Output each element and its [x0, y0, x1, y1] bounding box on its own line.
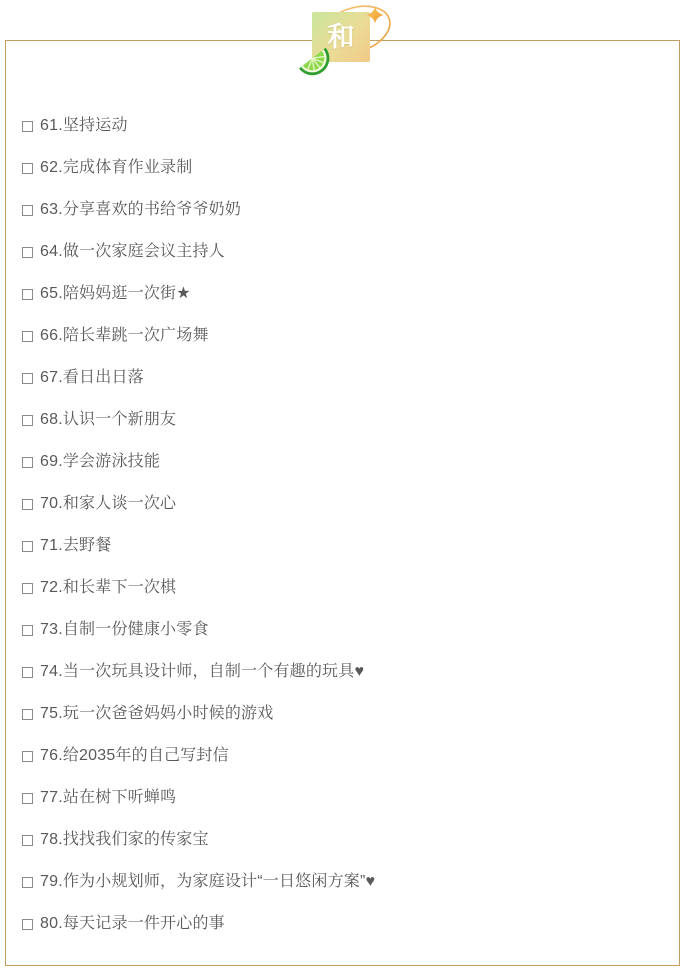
- checklist-item: 71.去野餐: [0, 525, 685, 567]
- checklist-item-label: 64.做一次家庭会议主持人: [40, 244, 225, 260]
- checkbox-icon[interactable]: [22, 499, 33, 510]
- checkbox-icon[interactable]: [22, 457, 33, 468]
- checkbox-icon[interactable]: [22, 163, 33, 174]
- checkbox-icon[interactable]: [22, 121, 33, 132]
- checklist-item: 65.陪妈妈逛一次街★: [0, 273, 685, 315]
- checklist-item: 61.坚持运动: [0, 105, 685, 147]
- checklist-item-label: 63.分享喜欢的书给爷爷奶奶: [40, 202, 241, 218]
- checklist-item: 77.站在树下听蝉鸣: [0, 777, 685, 819]
- checklist-item-label: 61.坚持运动: [40, 118, 128, 134]
- checklist-item: 73.自制一份健康小零食: [0, 609, 685, 651]
- checkbox-icon[interactable]: [22, 541, 33, 552]
- checkbox-icon[interactable]: [22, 205, 33, 216]
- checklist-item-label: 76.给2035年的自己写封信: [40, 748, 229, 764]
- checklist-item-label: 71.去野餐: [40, 538, 111, 554]
- checkbox-icon[interactable]: [22, 247, 33, 258]
- checklist-item-label: 73.自制一份健康小零食: [40, 622, 209, 638]
- checklist-item-label: 77.站在树下听蝉鸣: [40, 790, 176, 806]
- checkbox-icon[interactable]: [22, 919, 33, 930]
- checklist-item-label: 80.每天记录一件开心的事: [40, 916, 225, 932]
- checklist-item-label: 70.和家人谈一次心: [40, 496, 176, 512]
- checklist-item-label: 78.找找我们家的传家宝: [40, 832, 209, 848]
- lime-slice-icon: [292, 43, 334, 79]
- checklist-item: 75.玩一次爸爸妈妈小时候的游戏: [0, 693, 685, 735]
- checkbox-icon[interactable]: [22, 289, 33, 300]
- checkbox-icon[interactable]: [22, 331, 33, 342]
- checklist-item-label: 68.认识一个新朋友: [40, 412, 176, 428]
- checklist-item-label: 74.当一次玩具设计师，自制一个有趣的玩具♥: [40, 664, 364, 680]
- checklist-item: 66.陪长辈跳一次广场舞: [0, 315, 685, 357]
- checkbox-icon[interactable]: [22, 625, 33, 636]
- checklist-item: 69.学会游泳技能: [0, 441, 685, 483]
- sparkle-icon: [366, 6, 384, 24]
- checklist-item: 80.每天记录一件开心的事: [0, 903, 685, 945]
- checklist-item: 68.认识一个新朋友: [0, 399, 685, 441]
- checklist-item-label: 69.学会游泳技能: [40, 454, 160, 470]
- checkbox-icon[interactable]: [22, 415, 33, 426]
- checklist-item-label: 65.陪妈妈逛一次街★: [40, 286, 191, 302]
- checklist-item-label: 66.陪长辈跳一次广场舞: [40, 328, 209, 344]
- checklist-item-label: 72.和长辈下一次棋: [40, 580, 176, 596]
- checkbox-icon[interactable]: [22, 583, 33, 594]
- checklist-item-label: 67.看日出日落: [40, 370, 144, 386]
- checkbox-icon[interactable]: [22, 373, 33, 384]
- checklist-item: 64.做一次家庭会议主持人: [0, 231, 685, 273]
- checklist-item: 67.看日出日落: [0, 357, 685, 399]
- checkbox-icon[interactable]: [22, 667, 33, 678]
- checklist-item: 74.当一次玩具设计师，自制一个有趣的玩具♥: [0, 651, 685, 693]
- checklist-item: 63.分享喜欢的书给爷爷奶奶: [0, 189, 685, 231]
- checklist-item: 72.和长辈下一次棋: [0, 567, 685, 609]
- checkbox-icon[interactable]: [22, 793, 33, 804]
- checklist: 61.坚持运动 62.完成体育作业录制 63.分享喜欢的书给爷爷奶奶 64.做一…: [0, 105, 685, 945]
- page: 和 61.坚持运动: [0, 0, 685, 975]
- checklist-item-label: 79.作为小规划师，为家庭设计“一日悠闲方案”♥: [40, 874, 375, 890]
- checkbox-icon[interactable]: [22, 877, 33, 888]
- checklist-item: 70.和家人谈一次心: [0, 483, 685, 525]
- checklist-item-label: 62.完成体育作业录制: [40, 160, 192, 176]
- checklist-item: 79.作为小规划师，为家庭设计“一日悠闲方案”♥: [0, 861, 685, 903]
- checkbox-icon[interactable]: [22, 835, 33, 846]
- checklist-item: 76.给2035年的自己写封信: [0, 735, 685, 777]
- checklist-item: 78.找找我们家的传家宝: [0, 819, 685, 861]
- checklist-item: 62.完成体育作业录制: [0, 147, 685, 189]
- checkbox-icon[interactable]: [22, 709, 33, 720]
- checkbox-icon[interactable]: [22, 751, 33, 762]
- checklist-item-label: 75.玩一次爸爸妈妈小时候的游戏: [40, 706, 273, 722]
